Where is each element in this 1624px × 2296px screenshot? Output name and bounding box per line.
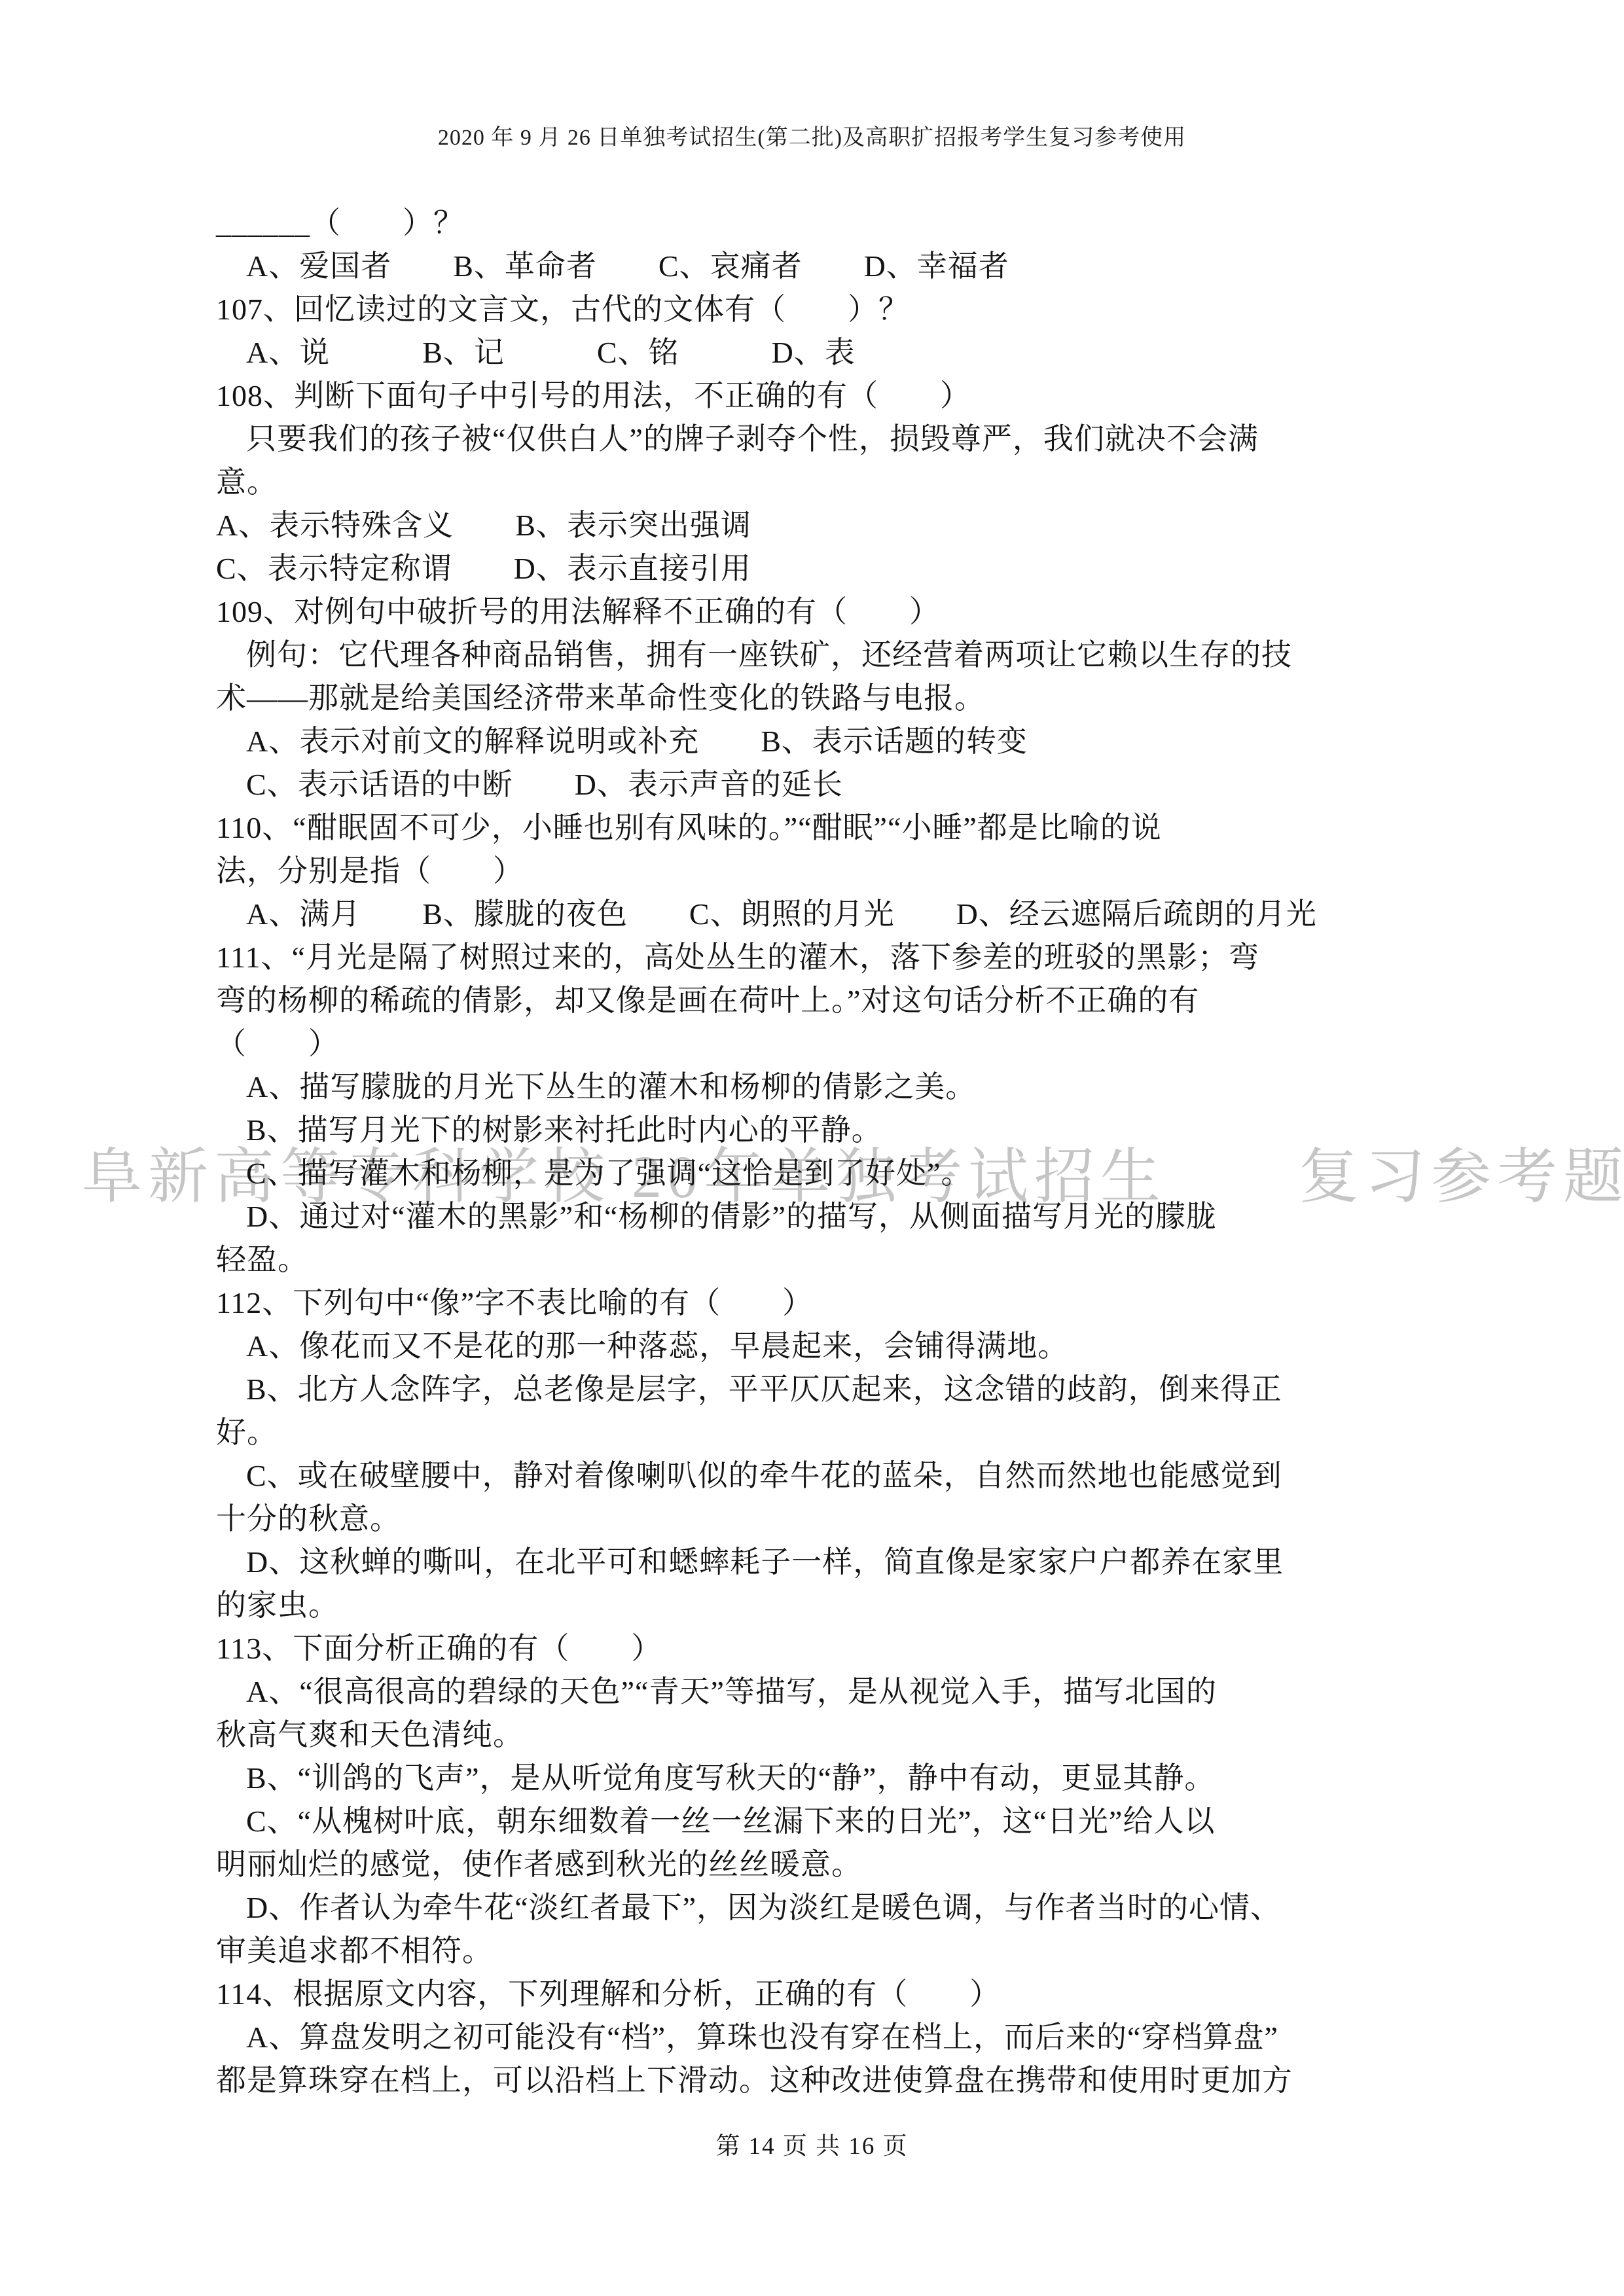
document-line: 轻盈。 — [216, 1238, 1420, 1282]
document-line: 111、“月光是隔了树照过来的，高处丛生的灌木，落下参差的班驳的黑影；弯 — [216, 936, 1420, 979]
document-line: A、表示对前文的解释说明或补充 B、表示话题的转变 — [216, 720, 1420, 763]
document-line: A、像花而又不是花的那一种落蕊，早晨起来，会铺得满地。 — [216, 1325, 1420, 1368]
document-line: D、通过对“灌木的黑影”和“杨柳的倩影”的描写，从侧面描写月光的朦胧 — [216, 1195, 1420, 1238]
document-line: 113、下面分析正确的有（ ） — [216, 1627, 1420, 1670]
document-line: 107、回忆读过的文言文，古代的文体有（ ）？ — [216, 288, 1420, 331]
document-line: B、“训鸽的飞声”，是从听觉角度写秋天的“静”，静中有动，更显其静。 — [216, 1757, 1420, 1800]
document-line: C、表示话语的中断 D、表示声音的延长 — [216, 763, 1420, 806]
document-line: 110、“酣眠固不可少，小睡也别有风味的。”“酣眠”“小睡”都是比喻的说 — [216, 806, 1420, 850]
document-line: C、描写灌木和杨柳，是为了强调“这恰是到了好处”。 — [216, 1152, 1420, 1195]
document-line: A、算盘发明之初可能没有“档”，算珠也没有穿在档上，而后来的“穿档算盘” — [216, 2016, 1420, 2059]
page-header: 2020 年 9 月 26 日单独考试招生(第二批)及高职扩招报考学生复习参考使… — [0, 119, 1624, 151]
document-line: C、表示特定称谓 D、表示直接引用 — [216, 547, 1420, 590]
document-line: B、北方人念阵字，总老像是层字，平平仄仄起来，这念错的歧韵，倒来得正 — [216, 1368, 1420, 1411]
document-line: 十分的秋意。 — [216, 1498, 1420, 1541]
document-line: 109、对例句中破折号的用法解释不正确的有（ ） — [216, 590, 1420, 634]
document-line: 好。 — [216, 1411, 1420, 1454]
document-line: 只要我们的孩子被“仅供白人”的牌子剥夺个性，损毁尊严，我们就决不会满 — [216, 418, 1420, 461]
document-line: D、这秋蝉的嘶叫，在北平可和蟋蟀耗子一样，简直像是家家户户都养在家里 — [216, 1541, 1420, 1584]
document-line: 术——那就是给美国经济带来革命性变化的铁路与电报。 — [216, 677, 1420, 720]
document-line: A、爱国者 B、革命者 C、哀痛者 D、幸福者 — [216, 245, 1420, 288]
document-line: A、说 B、记 C、铭 D、表 — [216, 331, 1420, 374]
document-line: 审美追求都不相符。 — [216, 1929, 1420, 1973]
document-line: C、或在破壁腰中，静对着像喇叭似的牵牛花的蓝朵，自然而然地也能感觉到 — [216, 1454, 1420, 1498]
document-line: D、作者认为牵牛花“淡红者最下”，因为淡红是暖色调，与作者当时的心情、 — [216, 1886, 1420, 1929]
document-line: 112、下列句中“像”字不表比喻的有（ ） — [216, 1282, 1420, 1325]
document-line: 明丽灿烂的感觉，使作者感到秋光的丝丝暖意。 — [216, 1843, 1420, 1886]
document-line: 都是算珠穿在档上，可以沿档上下滑动。这种改进使算盘在携带和使用时更加方 — [216, 2059, 1420, 2102]
document-line: ______（ ）？ — [216, 202, 1420, 245]
document-line: 法，分别是指（ ） — [216, 850, 1420, 893]
document-line: A、“很高很高的碧绿的天色”“青天”等描写，是从视觉入手，描写北国的 — [216, 1670, 1420, 1713]
document-line: 例句：它代理各种商品销售，拥有一座铁矿，还经营着两项让它赖以生存的技 — [216, 634, 1420, 677]
exam-paper-page: 2020 年 9 月 26 日单独考试招生(第二批)及高职扩招报考学生复习参考使… — [0, 0, 1624, 2296]
page-number-footer: 第 14 页 共 16 页 — [0, 2126, 1624, 2161]
document-line: 114、根据原文内容，下列理解和分析，正确的有（ ） — [216, 1973, 1420, 2016]
document-line: 秋高气爽和天色清纯。 — [216, 1713, 1420, 1757]
document-line: A、描写朦胧的月光下丛生的灌木和杨柳的倩影之美。 — [216, 1066, 1420, 1109]
document-line: 弯的杨柳的稀疏的倩影，却又像是画在荷叶上。”对这句话分析不正确的有 — [216, 979, 1420, 1022]
document-line: C、“从槐树叶底，朝东细数着一丝一丝漏下来的日光”，这“日光”给人以 — [216, 1800, 1420, 1843]
document-line: 意。 — [216, 461, 1420, 504]
document-line: 的家虫。 — [216, 1584, 1420, 1627]
document-line: A、表示特殊含义 B、表示突出强调 — [216, 504, 1420, 547]
document-line: A、满月 B、朦胧的夜色 C、朗照的月光 D、经云遮隔后疏朗的月光 — [216, 893, 1420, 936]
document-line: （ ） — [216, 1022, 1420, 1066]
document-body: ______（ ）？A、爱国者 B、革命者 C、哀痛者 D、幸福者107、回忆读… — [216, 202, 1420, 2102]
document-line: 108、判断下面句子中引号的用法，不正确的有（ ） — [216, 374, 1420, 418]
document-line: B、描写月光下的树影来衬托此时内心的平静。 — [216, 1109, 1420, 1152]
